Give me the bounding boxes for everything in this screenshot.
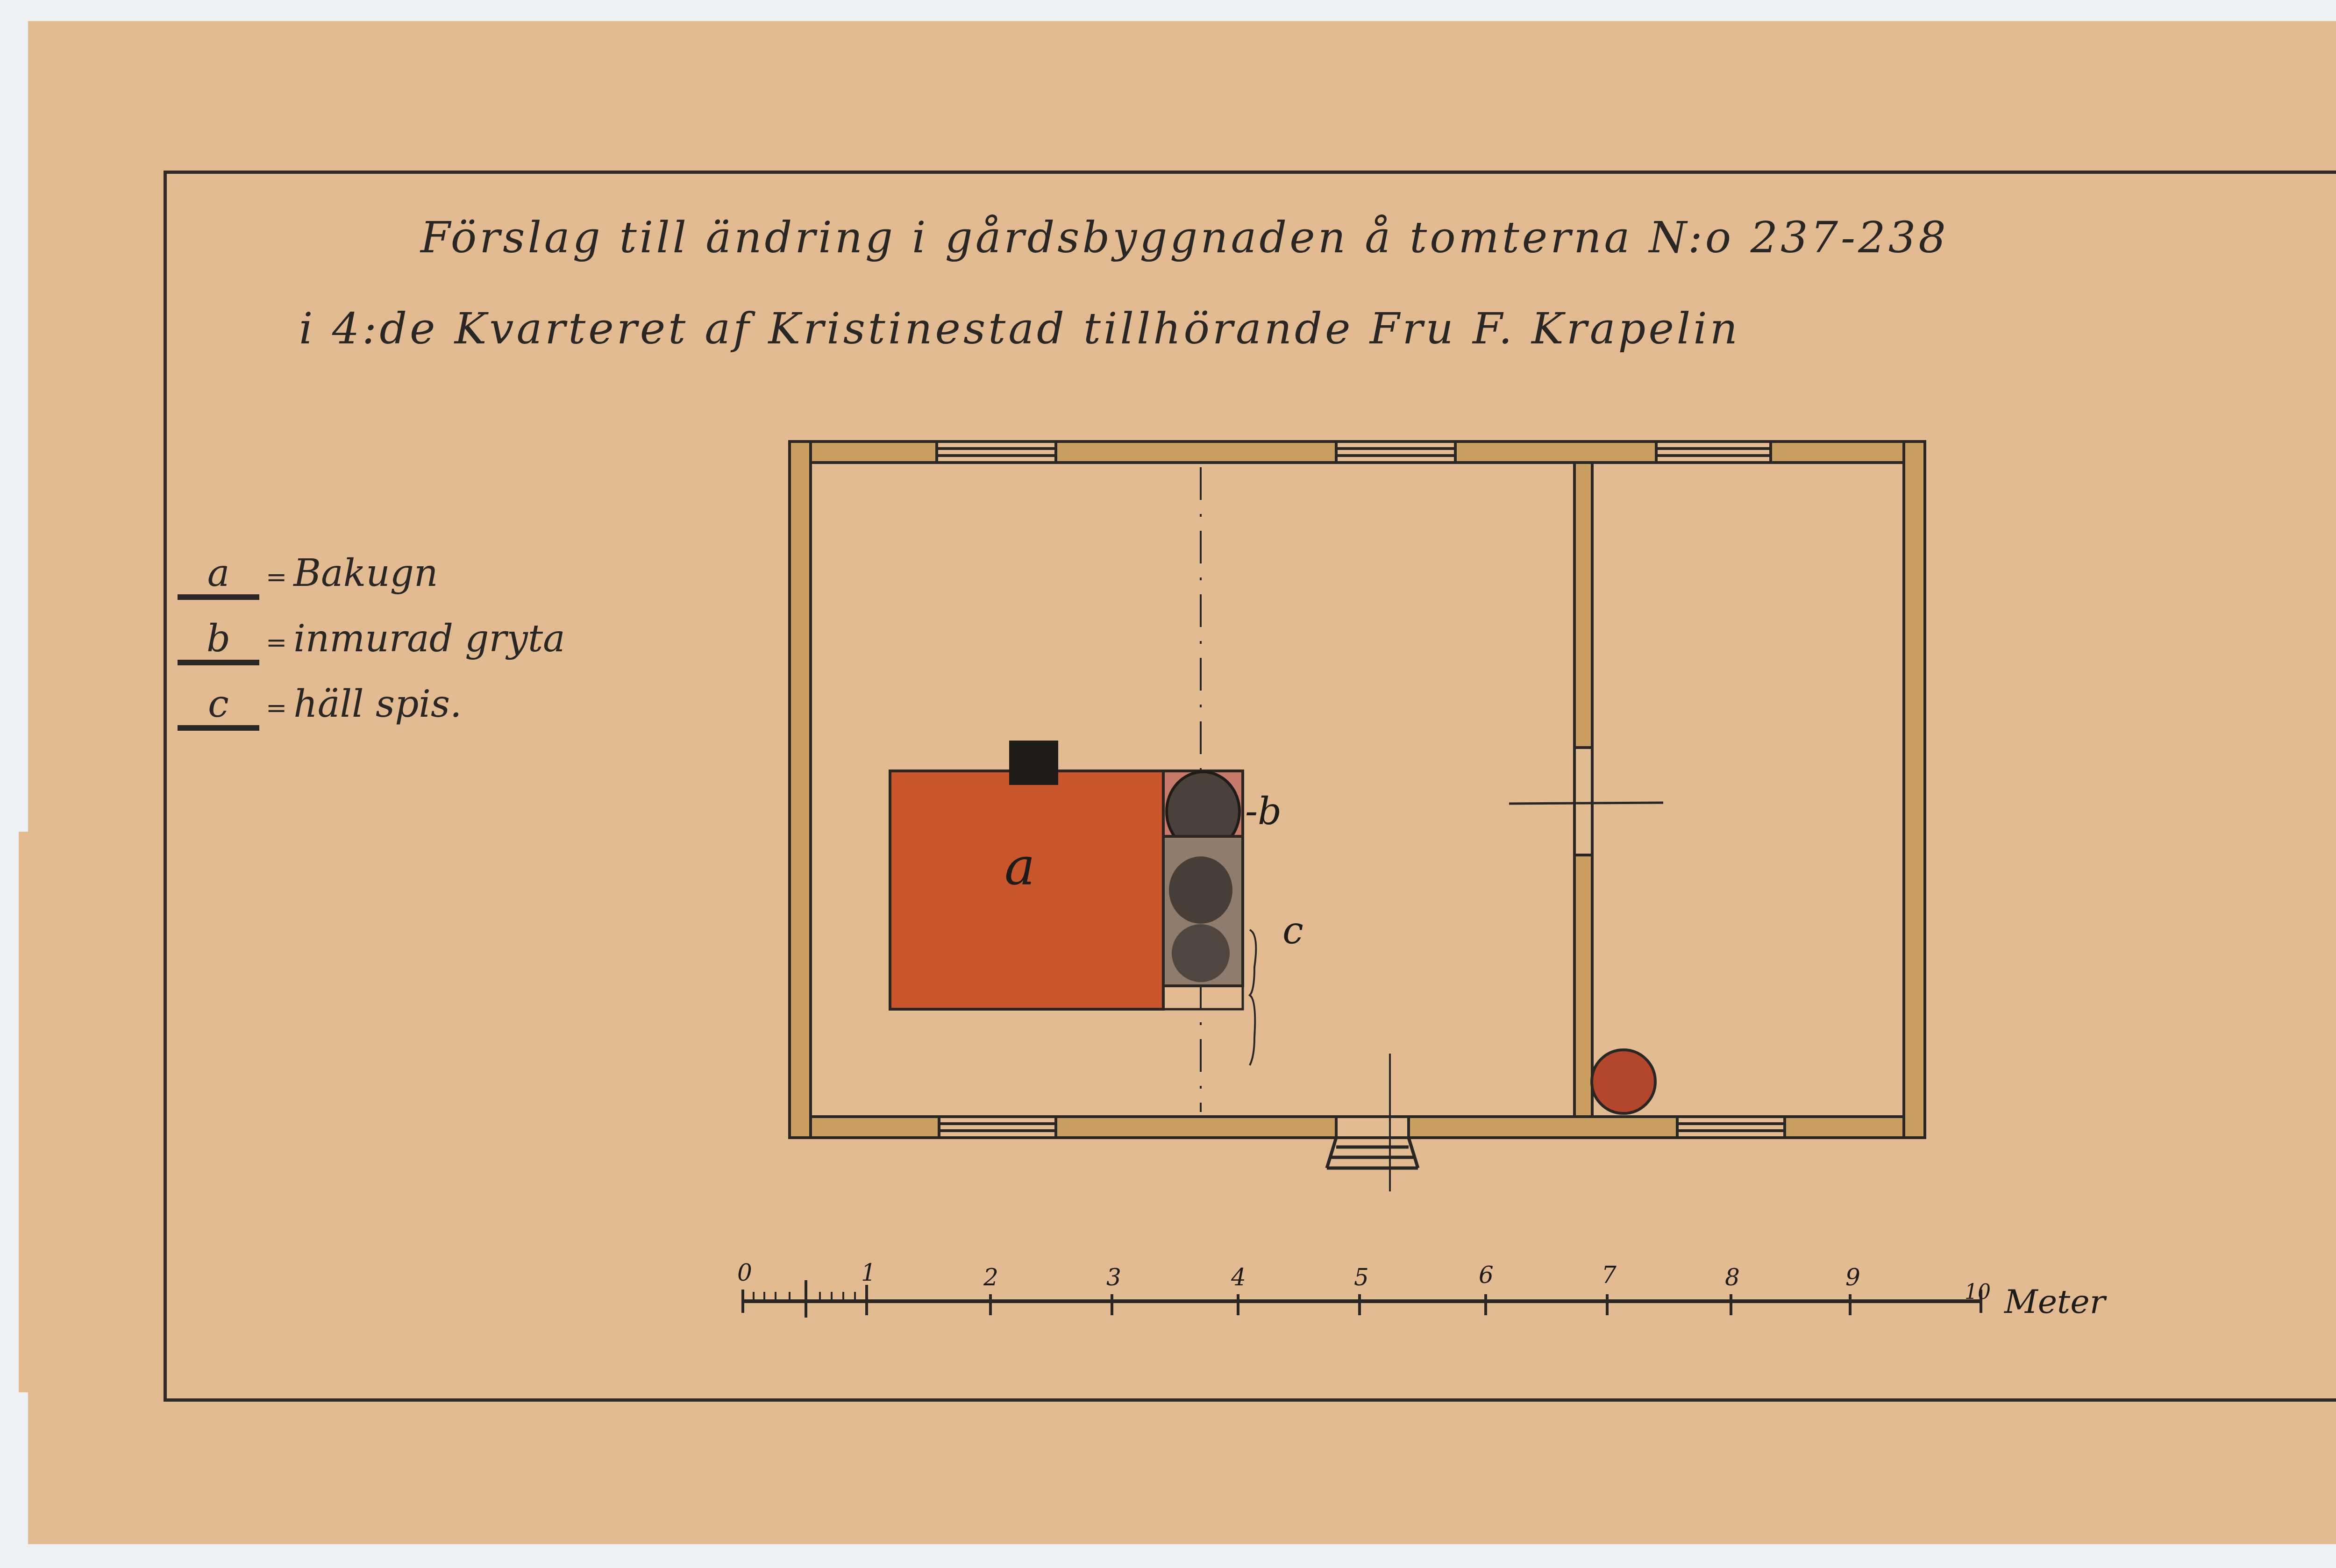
label-b: -b [1245, 790, 1282, 833]
scale-tick-9: 9 [1845, 1264, 1860, 1291]
scale-tick-7: 7 [1602, 1262, 1617, 1289]
scale-tick-0: 0 [737, 1259, 752, 1286]
scale-tick-4: 4 [1231, 1264, 1246, 1291]
scale-tick-3: 3 [1106, 1264, 1121, 1291]
scale-unit: Meter [2004, 1283, 2105, 1321]
scale-tick-1: 1 [861, 1259, 876, 1286]
round-stove [1592, 1050, 1655, 1113]
brace-c [1250, 930, 1256, 1065]
scale-tick-10: 10 [1965, 1280, 1991, 1304]
chimney [1009, 741, 1058, 785]
door-line [1509, 803, 1663, 804]
scale-tick-5: 5 [1354, 1264, 1369, 1291]
scale-tick-2: 2 [983, 1264, 998, 1291]
scale-tick-8: 8 [1725, 1264, 1740, 1291]
floor-plan [0, 0, 2336, 1568]
label-a: a [1004, 836, 1035, 896]
label-c: c [1282, 909, 1303, 952]
scale-tick-6: 6 [1479, 1262, 1494, 1289]
